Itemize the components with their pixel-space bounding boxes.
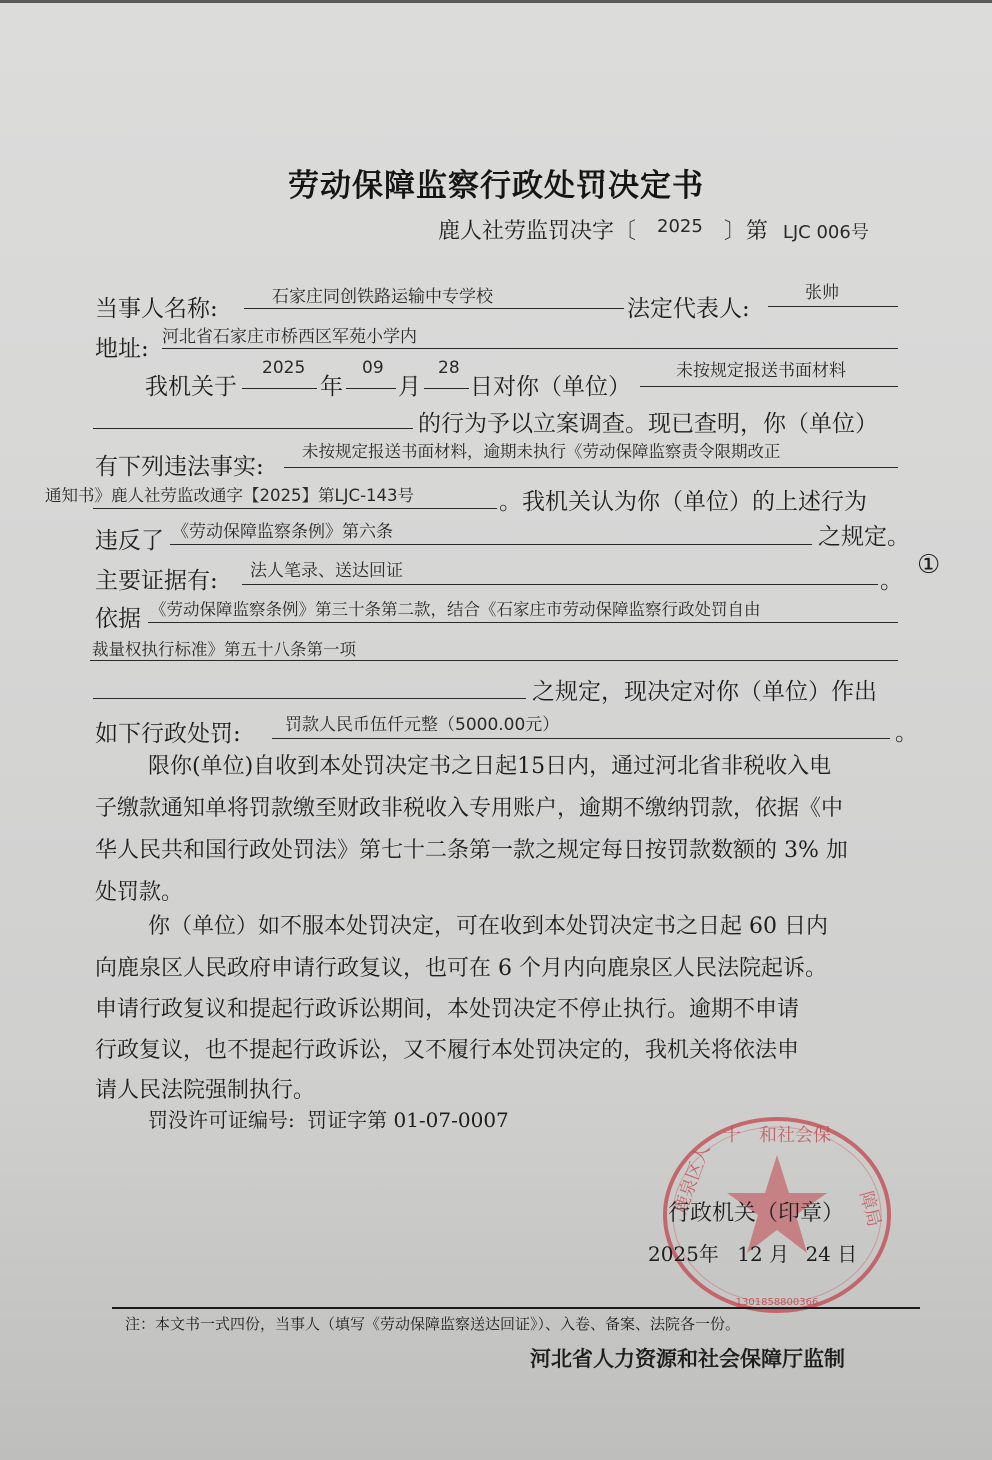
payment-line-3: 华人民共和国行政处罚法》第七十二条第一款之规定每日按罚款数额的 3% 加 (95, 832, 848, 869)
payment-line-4: 处罚款。 (95, 874, 183, 911)
penalty-label: 如下行政处罚: (95, 715, 241, 748)
date-year: 2025 (648, 1242, 699, 1266)
evidence-end: 。 (880, 562, 903, 595)
basis-underline-1 (148, 622, 898, 623)
evidence-label: 主要证据有: (95, 562, 218, 595)
basis-underline-2 (90, 660, 898, 661)
facts-value-line1: 未按规定报送书面材料，逾期未执行《劳动保障监察责令限期改正 (302, 438, 781, 462)
date-year-suffix: 年 (699, 1242, 719, 1266)
authority-seal-label: 行政机关（印章） (668, 1196, 844, 1227)
payment-line-1: 限你(单位)自收到本处罚决定书之日起15日内，通过河北省非税收入电 (148, 748, 831, 785)
footer-note: 注：本文书一式四份，当事人（填写《劳动保障监察送达回证》）、入卷、备案、法院各一… (125, 1313, 740, 1334)
filing-text-1: 我机关于 (145, 368, 237, 401)
penalty-end: 。 (895, 714, 918, 747)
doc-number-year: 2025 (657, 216, 703, 237)
footer-divider (112, 1307, 920, 1309)
legal-rep-underline (768, 306, 898, 307)
filing-year-text: 年 (320, 368, 343, 401)
basis-label: 依据 (95, 600, 141, 633)
filing-behavior-underline-2 (93, 428, 413, 429)
date-month: 12 (737, 1242, 762, 1266)
filing-day-underline (424, 388, 469, 389)
date-day-suffix: 日 (837, 1242, 857, 1266)
penalty-value: 罚款人民币伍仟元整（5000.00元） (285, 710, 559, 735)
basis-value-line2: 裁量权执行标准》第五十八条第一项 (92, 636, 356, 660)
facts-value-line2: 通知书》鹿人社劳监改通字【2025】第LJC-143号 (45, 482, 414, 506)
filing-day: 28 (438, 358, 460, 378)
payment-line-2: 子缴款通知单将罚款缴至财政非税收入专用账户，逾期不缴纳罚款，依据《中 (95, 790, 843, 827)
legal-rep-value: 张帅 (805, 278, 839, 303)
address-value: 河北省石家庄市桥西区军苑小学内 (162, 322, 417, 347)
date-month-suffix: 月 (769, 1242, 789, 1266)
filing-behavior-underline (640, 386, 898, 387)
party-name-value: 石家庄同创铁路运输中专学校 (272, 282, 493, 307)
filing-text-2: 的行为予以立案调查。现已查明，你（单位） (418, 405, 878, 438)
address-underline (162, 348, 898, 349)
filing-year-underline (242, 388, 317, 389)
date-day: 24 (805, 1242, 830, 1266)
facts-label: 有下列违法事实: (95, 448, 264, 481)
legal-rep-label: 法定代表人: (627, 290, 750, 323)
svg-text:十 和社会保: 十 和社会保 (723, 1125, 831, 1146)
penalty-underline (272, 738, 890, 739)
violation-label: 违反了 (95, 522, 164, 555)
doc-number-prefix: 鹿人社劳监罚决字〔 (438, 219, 636, 244)
filing-day-text: 日对你（单位） (470, 368, 631, 401)
filing-year: 2025 (262, 358, 305, 378)
license-row: 罚没许可证编号: 罚证字第 01-07-0007 (148, 1104, 509, 1133)
photo-top-edge (0, 0, 992, 3)
appeal-line-1: 你（单位）如不服本处罚决定，可在收到本处罚决定书之日起 60 日内 (148, 908, 828, 945)
svg-text:障局: 障局 (855, 1189, 885, 1229)
filing-month-text: 月 (398, 368, 421, 401)
basis-text-after: 之规定，现决定对你（单位）作出 (532, 673, 877, 706)
address-label: 地址: (95, 330, 149, 363)
party-name-label: 当事人名称: (95, 290, 218, 323)
document-number: 鹿人社劳监罚决字〔 2025 〕第 LJC 006号 (438, 214, 869, 245)
footer-supervisor: 河北省人力资源和社会保障厅监制 (530, 1343, 845, 1373)
filing-behavior: 未按规定报送书面材料 (676, 356, 846, 381)
basis-value-line1: 《劳动保障监察条例》第三十条第二款，结合《石家庄市劳动保障监察行政处罚自由 (150, 596, 761, 620)
facts-underline-1 (284, 467, 898, 468)
violation-underline (170, 544, 812, 545)
document-title: 劳动保障监察行政处罚决定书 (288, 160, 704, 205)
evidence-value: 法人笔录、送达回证 (250, 556, 403, 581)
party-name-underline (244, 308, 624, 309)
filing-month: 09 (362, 358, 384, 378)
evidence-underline (242, 584, 878, 585)
license-label: 罚没许可证编号: (148, 1108, 295, 1132)
license-value: 罚证字第 01-07-0007 (307, 1108, 509, 1132)
appeal-line-2: 向鹿泉区人民政府申请行政复议，也可在 6 个月内向鹿泉区人民法院起诉。 (95, 950, 827, 987)
violation-text-after: 之规定。 (818, 518, 910, 551)
facts-text-after: 。我机关认为你（单位）的上述行为 (499, 483, 867, 516)
circle-number-mark: ① (917, 550, 940, 580)
basis-underline-3 (93, 698, 526, 699)
appeal-line-3: 申请行政复议和提起行政诉讼期间，本处罚决定不停止执行。逾期不申请 (95, 991, 799, 1028)
doc-number-code: LJC 006号 (783, 222, 869, 243)
facts-underline-2 (93, 508, 497, 509)
signature-date: 2025年 12 月 24 日 (648, 1238, 857, 1267)
appeal-line-4: 行政复议，也不提起行政诉讼，又不履行本处罚决定的，我机关将依法申 (95, 1032, 799, 1069)
filing-month-underline (346, 388, 396, 389)
violation-value: 《劳动保障监察条例》第六条 (172, 517, 393, 542)
doc-number-middle: 〕第 (724, 219, 768, 244)
